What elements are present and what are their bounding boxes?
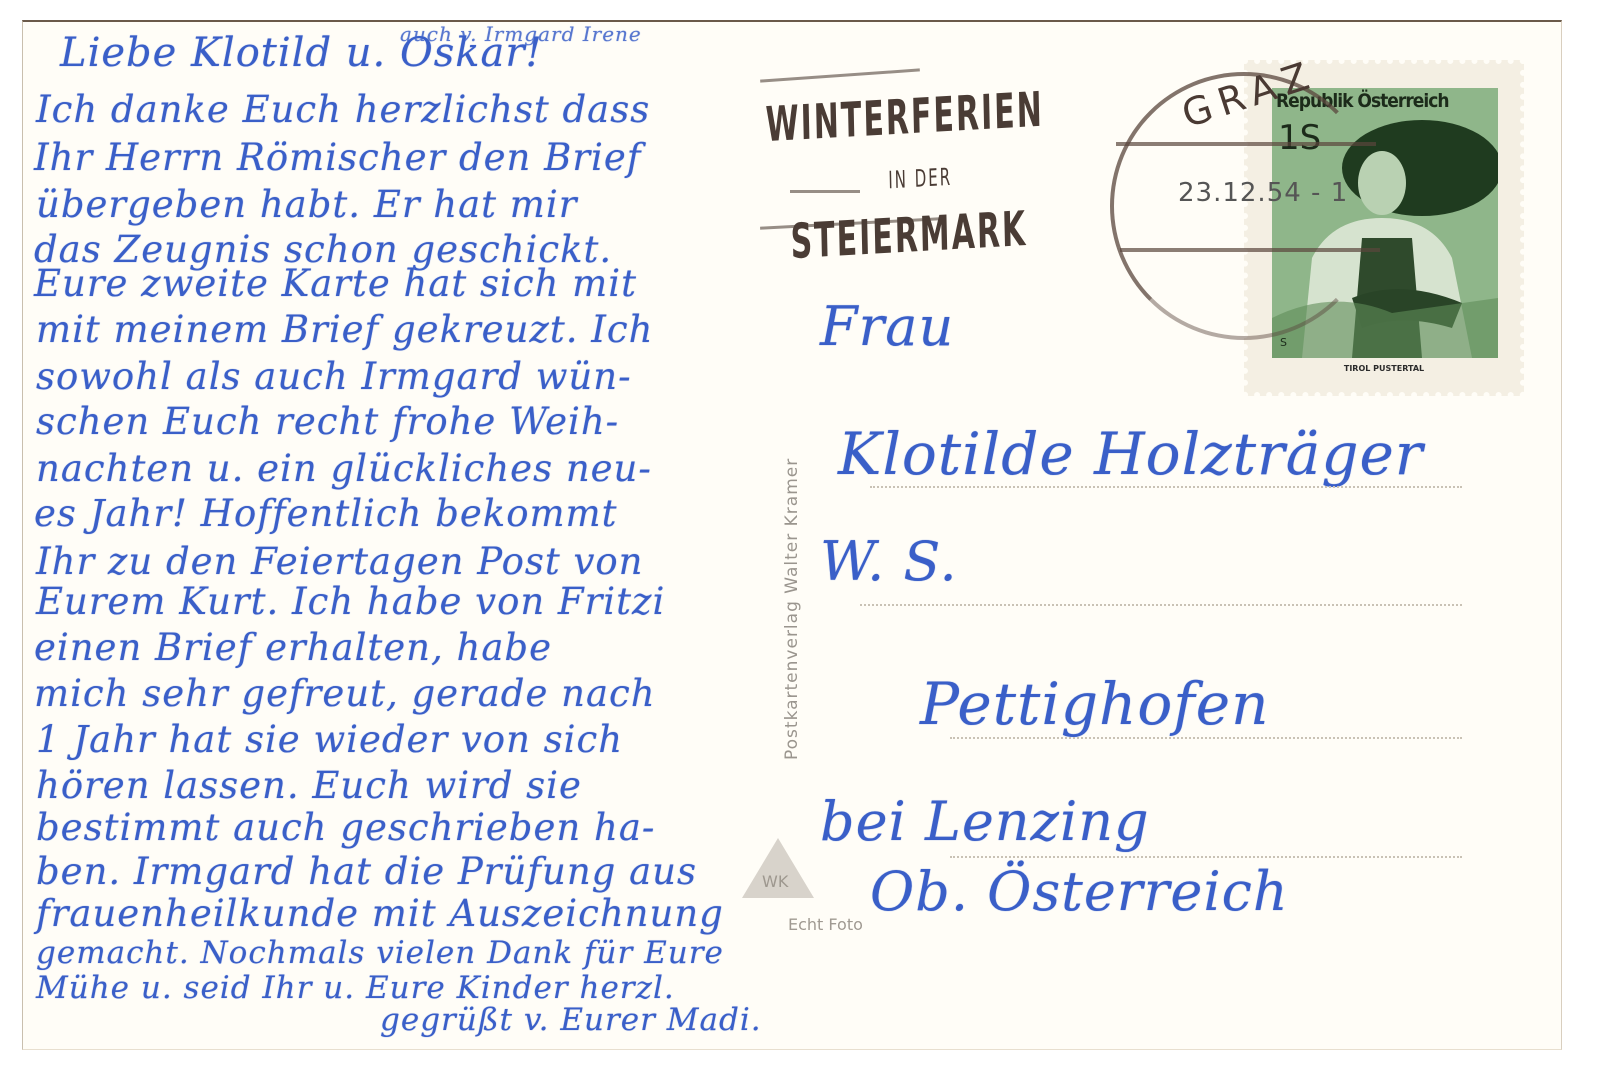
- photo-note: Echt Foto: [788, 915, 863, 934]
- message-line: mich sehr gefreut, gerade nach: [34, 672, 656, 715]
- wave-line: [790, 190, 860, 193]
- message-line: bestimmt auch geschrieben ha-: [36, 806, 655, 849]
- message-line: nachten u. ein glückliches neu-: [36, 447, 652, 490]
- publisher-imprint: Postkartenverlag Walter Kramer: [782, 458, 802, 760]
- message-line: ben. Irmgard hat die Prüfung aus: [36, 850, 697, 893]
- message-line: gegrüßt v. Eurer Madi.: [380, 1002, 762, 1038]
- address-town: Pettighofen: [920, 670, 1269, 738]
- address-postal: bei Lenzing: [820, 790, 1150, 853]
- publisher-logo-text: WK: [762, 872, 788, 891]
- postmark-date: 23.12.54 - 1: [1178, 178, 1348, 208]
- message-line: Ihr Herrn Römischer den Brief: [34, 136, 641, 179]
- address-name: Klotilde Holzträger: [838, 420, 1424, 488]
- message-line: Ich danke Euch herzlichst dass: [36, 88, 650, 131]
- postmark-bar: [1116, 142, 1376, 146]
- message-line: sowohl als auch Irmgard wün-: [36, 355, 632, 398]
- message-line: frauenheilkunde mit Auszeichnung: [36, 892, 724, 935]
- message-line: gemacht. Nochmals vielen Dank für Eure: [36, 935, 724, 971]
- address-street: W. S.: [820, 530, 958, 593]
- message-line: Eure zweite Karte hat sich mit: [34, 262, 637, 305]
- message-line: Mühe u. seid Ihr u. Eure Kinder herzl.: [36, 970, 675, 1006]
- address-line-guide: [870, 486, 1462, 488]
- message-line: Eurem Kurt. Ich habe von Fritzi: [36, 580, 665, 623]
- address-salutation: Frau: [820, 295, 954, 358]
- message-line: hören lassen. Euch wird sie: [36, 764, 582, 807]
- stamp-caption: TIROL PUSTERTAL: [1248, 364, 1520, 373]
- message-line: mit meinem Brief gekreuzt. Ich: [36, 308, 653, 351]
- message-line: 1 Jahr hat sie wieder von sich: [36, 718, 623, 761]
- address-line-guide: [950, 737, 1462, 739]
- message-line: übergeben habt. Er hat mir: [36, 183, 577, 226]
- stamp-printer-mark: S: [1280, 336, 1287, 349]
- message-line: es Jahr! Hoffentlich bekommt: [34, 492, 618, 535]
- address-region: Ob. Österreich: [870, 860, 1289, 923]
- message-line: schen Euch recht frohe Weih-: [36, 400, 619, 443]
- address-line-guide: [950, 856, 1462, 858]
- address-line-guide: [860, 604, 1462, 606]
- postmark-bar: [1120, 248, 1380, 252]
- message-line: Liebe Klotild u. Oskar!: [60, 30, 543, 76]
- message-line: einen Brief erhalten, habe: [34, 626, 552, 669]
- message-line: Ihr zu den Feiertagen Post von: [36, 540, 644, 583]
- slogan-mid: IN DER: [888, 162, 952, 194]
